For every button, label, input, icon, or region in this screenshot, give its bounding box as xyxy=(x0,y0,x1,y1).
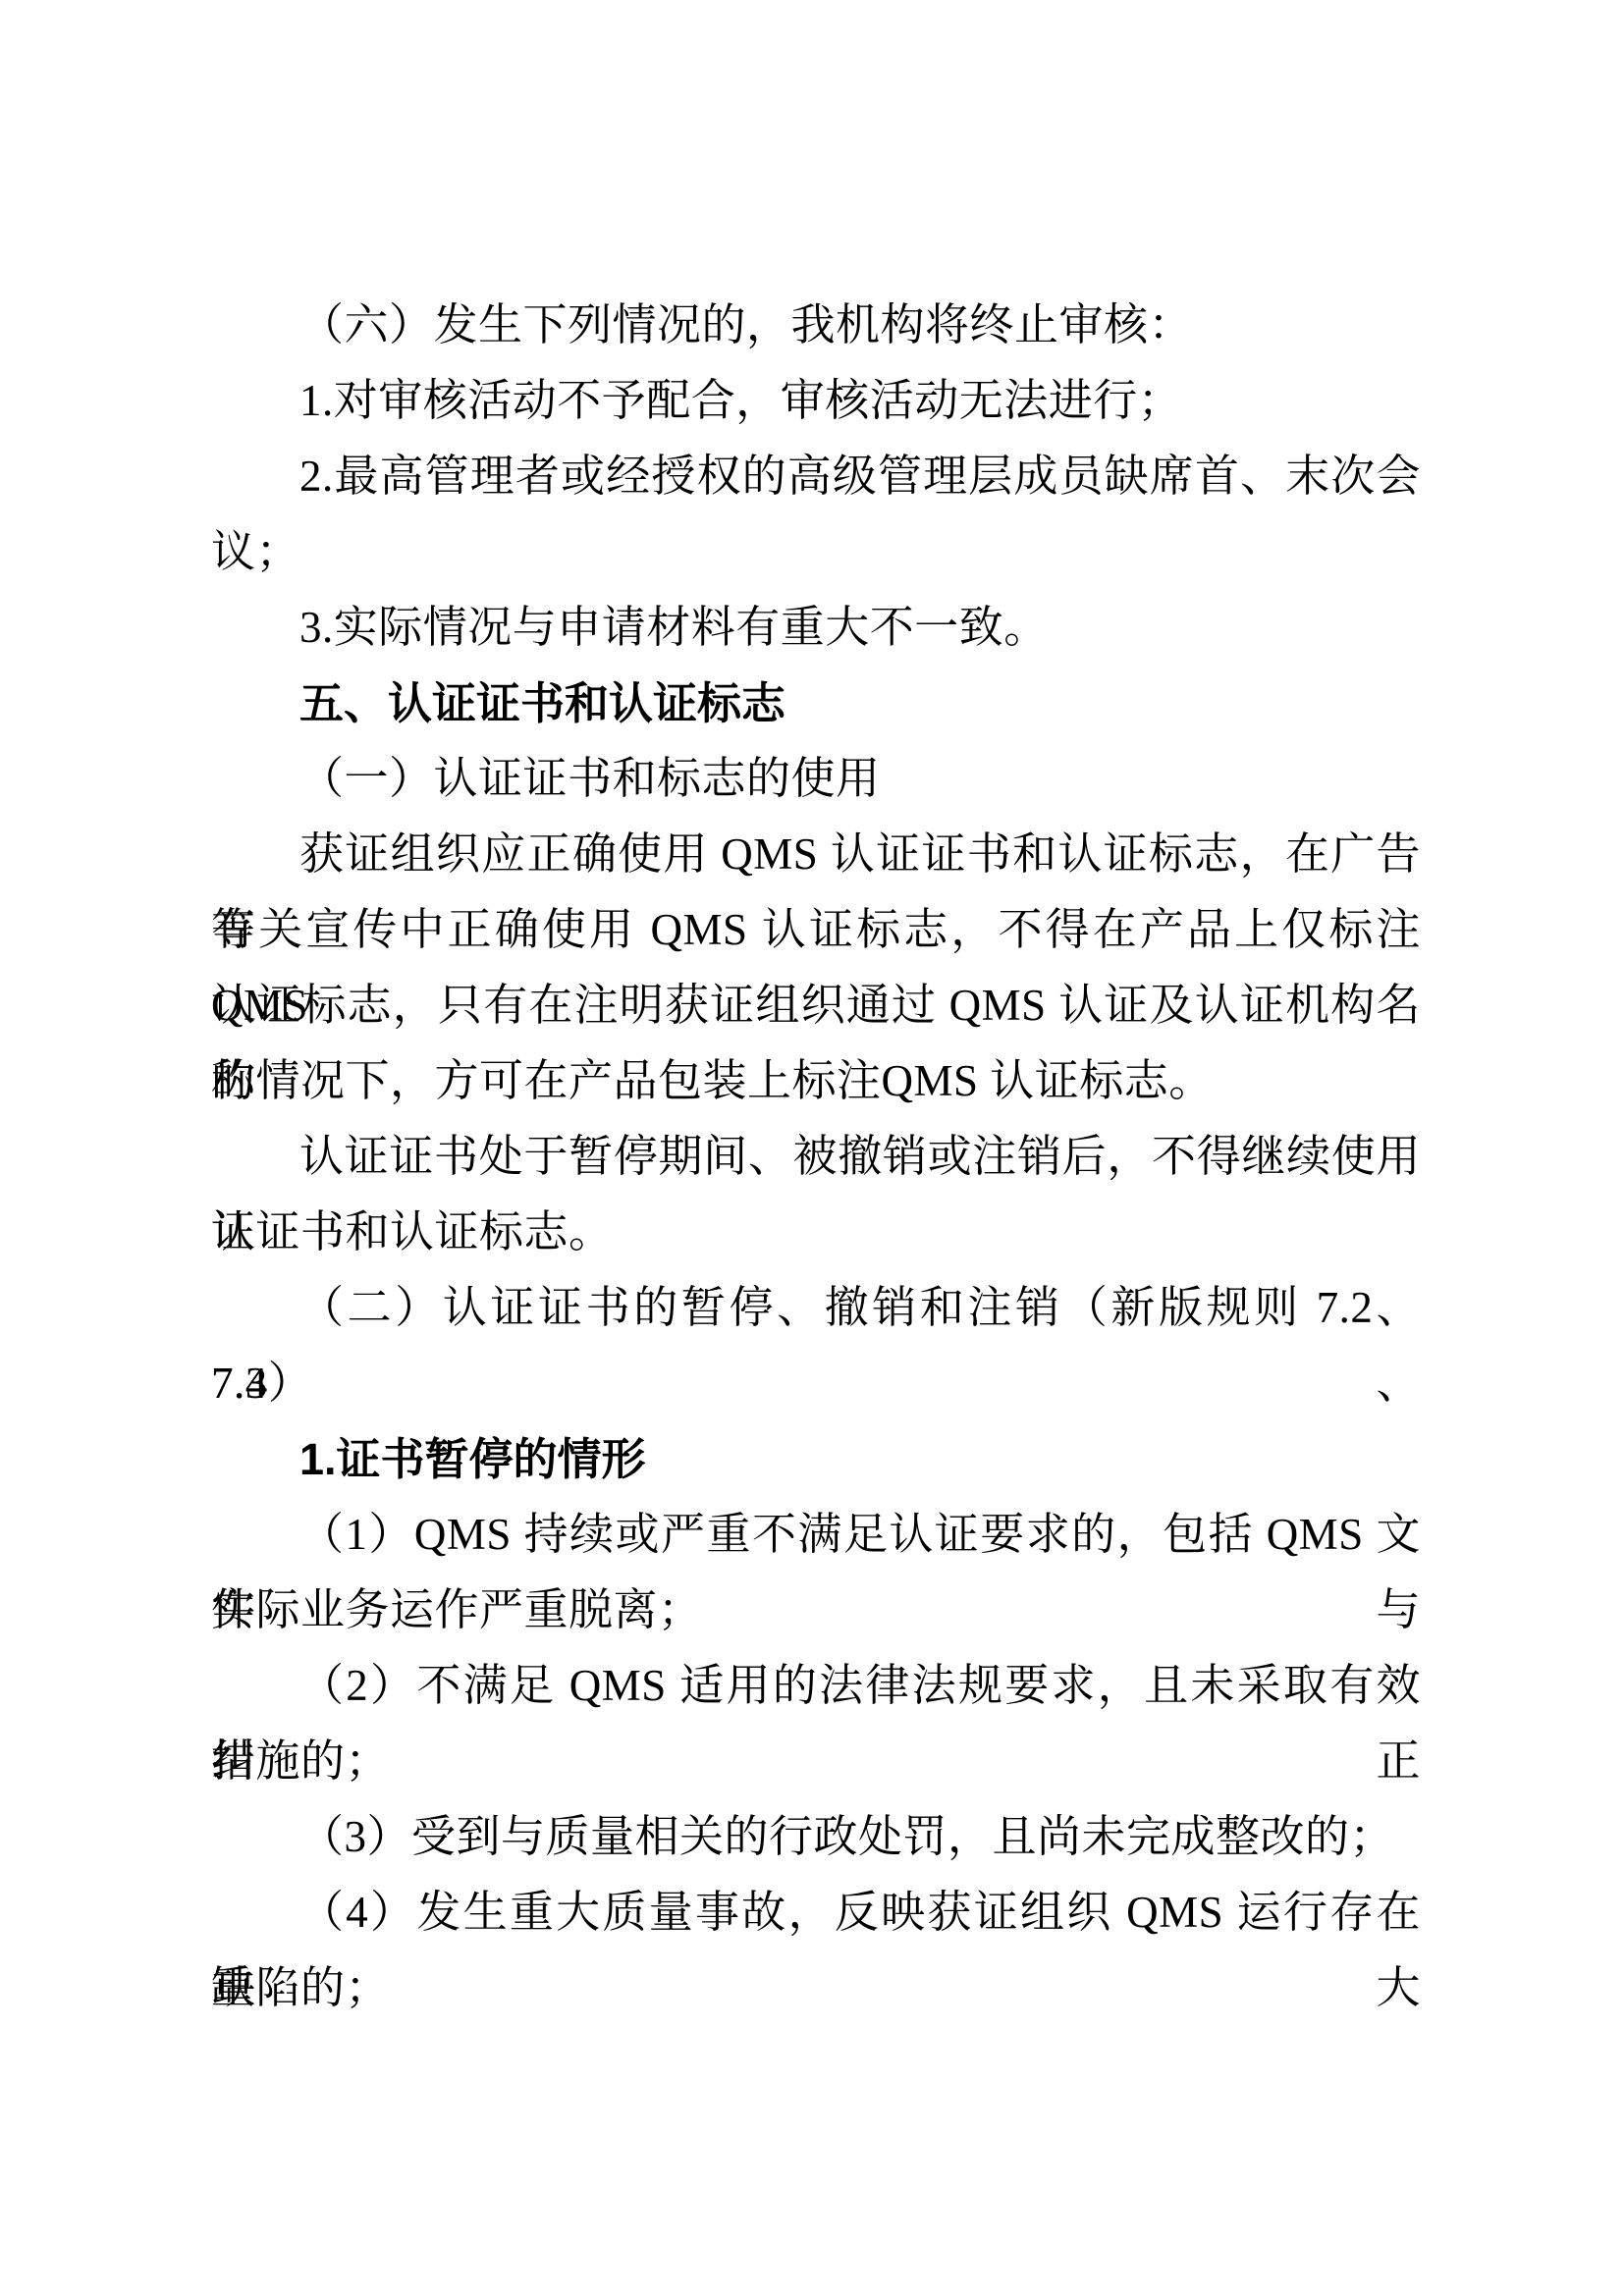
text-block: （六）发生下列情况的，我机构将终止审核： 1.对审核活动不予配合，审核活动无法进… xyxy=(211,288,1421,2026)
text-line: （3）受到与质量相关的行政处罚，且尚未完成整改的； xyxy=(211,1799,1421,1875)
text-line: 有关宣传中正确使用 QMS 认证标志，不得在产品上仅标注 QMS xyxy=(211,892,1421,968)
item-1-heading: 1.证书暂停的情形 xyxy=(211,1421,1421,1497)
text-line: 3.实际情况与申请材料有重大不一致。 xyxy=(211,590,1421,666)
text-line: 证证书和认证标志。 xyxy=(211,1195,1421,1270)
document-page: （六）发生下列情况的，我机构将终止审核： 1.对审核活动不予配合，审核活动无法进… xyxy=(0,0,1624,2296)
text-line: 的情况下，方可在产品包装上标注QMS 认证标志。 xyxy=(211,1043,1421,1119)
section-5-heading: 五、认证证书和认证标志 xyxy=(211,666,1421,741)
text-line: （1）QMS 持续或严重不满足认证要求的，包括 QMS 文件与 xyxy=(211,1497,1421,1573)
text-line: 获证组织应正确使用 QMS 认证证书和认证标志，在广告等 xyxy=(211,817,1421,892)
text-line: 2.最高管理者或经授权的高级管理层成员缺席首、末次会 xyxy=(211,439,1421,514)
text-line: （4）发生重大质量事故，反映获证组织 QMS 运行存在重大 xyxy=(211,1875,1421,1950)
text-line: 1.对审核活动不予配合，审核活动无法进行； xyxy=(211,363,1421,439)
text-line: 议； xyxy=(211,514,1421,590)
subsection-1-heading: （一）认证证书和标志的使用 xyxy=(211,741,1421,817)
text-line: （2）不满足 QMS 适用的法律法规要求，且未采取有效纠正 xyxy=(211,1648,1421,1724)
text-line: 认证标志，只有在注明获证组织通过 QMS 认证及认证机构名称 xyxy=(211,968,1421,1043)
text-line: 认证证书处于暂停期间、被撤销或注销后，不得继续使用认 xyxy=(211,1119,1421,1195)
subsection-2-heading: （二）认证证书的暂停、撤销和注销（新版规则 7.2、7.3、 xyxy=(211,1270,1421,1346)
text-line: （六）发生下列情况的，我机构将终止审核： xyxy=(211,288,1421,363)
